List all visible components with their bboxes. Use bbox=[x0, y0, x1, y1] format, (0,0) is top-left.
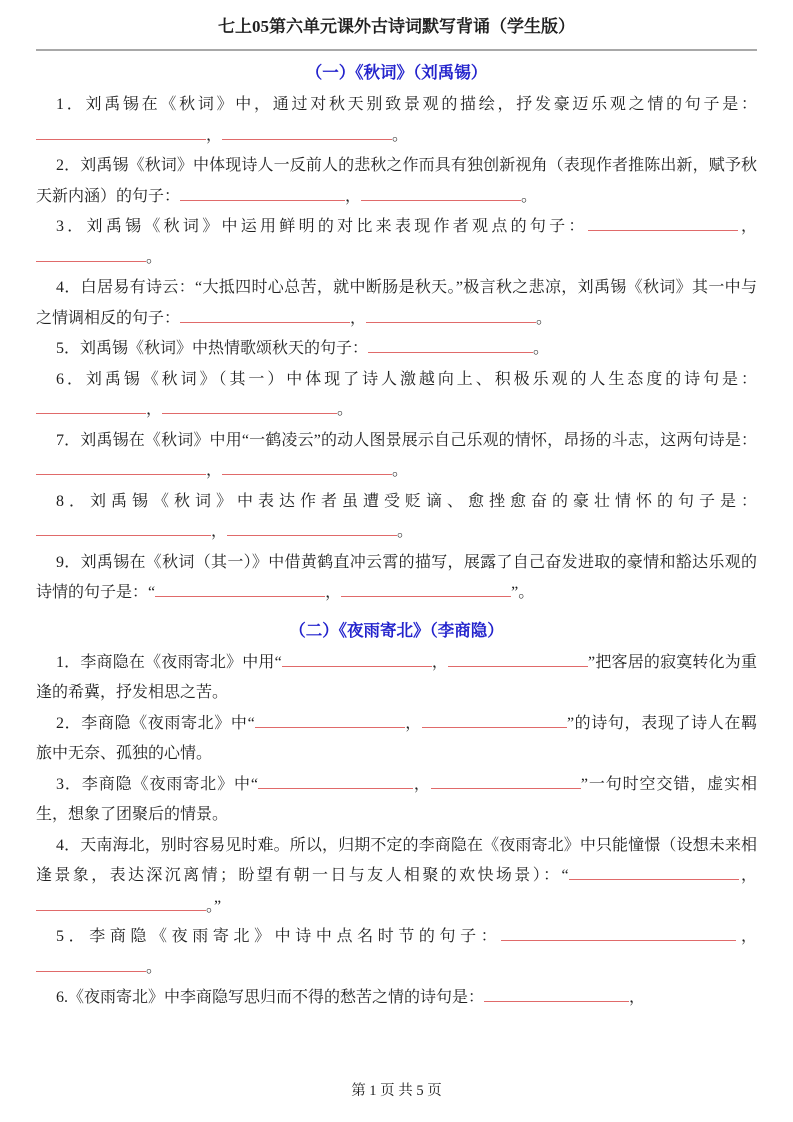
answer-blank bbox=[36, 895, 206, 911]
answer-blank bbox=[569, 864, 739, 880]
question-text: ， bbox=[206, 127, 222, 144]
question-text: ， bbox=[206, 462, 222, 479]
question-text: 7．刘禹锡在《秋词》中用“一鹤凌云”的动人图景展示自己乐观的情怀，昂扬的斗志，这… bbox=[56, 432, 757, 449]
answer-blank bbox=[227, 520, 397, 536]
question-text: ， bbox=[211, 523, 227, 540]
answer-blank bbox=[588, 215, 738, 231]
question-text: 。 bbox=[146, 959, 162, 976]
answer-blank bbox=[36, 398, 146, 414]
question-text: 5．李商隐《夜雨寄北》中诗中点名时节的句子： bbox=[56, 928, 501, 945]
answer-blank bbox=[180, 185, 345, 201]
answer-blank bbox=[361, 185, 521, 201]
answer-blank bbox=[258, 773, 413, 789]
question-text: 。 bbox=[533, 340, 549, 357]
answer-blank bbox=[431, 773, 581, 789]
answer-blank bbox=[36, 459, 206, 475]
answer-blank bbox=[162, 398, 337, 414]
question-text: ， bbox=[325, 584, 341, 601]
question-text: ， bbox=[405, 715, 422, 732]
question-item: 2．李商隐《夜雨寄北》中“，”的诗句，表现了诗人在羁旅中无奈、孤独的心情。 bbox=[36, 709, 757, 770]
question-item: 7．刘禹锡在《秋词》中用“一鹤凌云”的动人图景展示自己乐观的情怀，昂扬的斗志，这… bbox=[36, 426, 757, 487]
section-qiuci: （一）《秋词》（刘禹锡） 1．刘禹锡在《秋词》中，通过对秋天别致景观的描绘，抒发… bbox=[36, 58, 757, 609]
question-item: 1．刘禹锡在《秋词》中，通过对秋天别致景观的描绘，抒发豪迈乐观之情的句子是：，。 bbox=[36, 90, 757, 151]
section-heading-qiuci: （一）《秋词》（刘禹锡） bbox=[36, 58, 757, 88]
answer-blank bbox=[36, 246, 146, 262]
question-text: ， bbox=[350, 310, 366, 327]
answer-blank bbox=[448, 651, 588, 667]
question-text: ， bbox=[146, 401, 162, 418]
question-text: 。 bbox=[392, 462, 408, 479]
question-text: 。” bbox=[206, 898, 221, 915]
question-text: 6．刘禹锡《秋词》（其一）中体现了诗人激越向上、积极乐观的人生态度的诗句是： bbox=[56, 371, 757, 388]
answer-blank bbox=[341, 581, 511, 597]
question-text: 3．刘禹锡《秋词》中运用鲜明的对比来表现作者观点的句子： bbox=[56, 218, 588, 235]
question-text: 。 bbox=[392, 127, 408, 144]
question-list-yeyujibei: 1．李商隐在《夜雨寄北》中用“，”把客居的寂寞转化为重逢的希冀，抒发相思之苦。2… bbox=[36, 648, 757, 1014]
question-text: 5．刘禹锡《秋词》中热情歌颂秋天的句子： bbox=[56, 340, 368, 357]
question-item: 8．刘禹锡《秋词》中表达作者虽遭受贬谪、愈挫愈奋的豪壮情怀的句子是：，。 bbox=[36, 487, 757, 548]
question-text: ， bbox=[736, 928, 757, 945]
question-text: ， bbox=[739, 867, 757, 884]
question-item: 5．刘禹锡《秋词》中热情歌颂秋天的句子：。 bbox=[36, 334, 757, 365]
page-footer: 第 1 页 共 5 页 bbox=[0, 1079, 793, 1100]
document-page: 七上05第六单元课外古诗词默写背诵（学生版） （一）《秋词》（刘禹锡） 1．刘禹… bbox=[0, 0, 793, 1122]
section-heading-yeyujibei: （二）《夜雨寄北》（李商隐） bbox=[36, 616, 757, 646]
question-list-qiuci: 1．刘禹锡在《秋词》中，通过对秋天别致景观的描绘，抒发豪迈乐观之情的句子是：，。… bbox=[36, 90, 757, 609]
question-item: 6．刘禹锡《秋词》（其一）中体现了诗人激越向上、积极乐观的人生态度的诗句是：，。 bbox=[36, 365, 757, 426]
answer-blank bbox=[255, 712, 405, 728]
question-item: 5．李商隐《夜雨寄北》中诗中点名时节的句子：，。 bbox=[36, 922, 757, 983]
question-text: ， bbox=[345, 188, 361, 205]
question-item: 3．李商隐《夜雨寄北》中“，”一句时空交错，虚实相生，想象了团聚后的情景。 bbox=[36, 770, 757, 831]
question-text: ”。 bbox=[511, 584, 534, 601]
question-text: 。 bbox=[397, 523, 413, 540]
answer-blank bbox=[484, 986, 629, 1002]
question-text: ， bbox=[413, 776, 431, 793]
answer-blank bbox=[36, 520, 211, 536]
question-text: 。 bbox=[521, 188, 537, 205]
question-text: 。 bbox=[536, 310, 552, 327]
page-title: 七上05第六单元课外古诗词默写背诵（学生版） bbox=[36, 14, 757, 51]
answer-blank bbox=[155, 581, 325, 597]
question-item: 2．刘禹锡《秋词》中体现诗人一反前人的悲秋之作而具有独创新视角（表现作者推陈出新… bbox=[36, 151, 757, 212]
answer-blank bbox=[222, 459, 392, 475]
answer-blank bbox=[282, 651, 432, 667]
question-item: 6.《夜雨寄北》中李商隐写思归而不得的愁苦之情的诗句是：， bbox=[36, 983, 757, 1014]
question-text: 8．刘禹锡《秋词》中表达作者虽遭受贬谪、愈挫愈奋的豪壮情怀的句子是： bbox=[56, 493, 757, 510]
answer-blank bbox=[366, 307, 536, 323]
question-text: 6.《夜雨寄北》中李商隐写思归而不得的愁苦之情的诗句是： bbox=[56, 989, 484, 1006]
question-item: 1．李商隐在《夜雨寄北》中用“，”把客居的寂寞转化为重逢的希冀，抒发相思之苦。 bbox=[36, 648, 757, 709]
question-item: 3．刘禹锡《秋词》中运用鲜明的对比来表现作者观点的句子：，。 bbox=[36, 212, 757, 273]
question-text: 2．李商隐《夜雨寄北》中“ bbox=[56, 715, 255, 732]
question-text: 1．刘禹锡在《秋词》中，通过对秋天别致景观的描绘，抒发豪迈乐观之情的句子是： bbox=[56, 96, 757, 113]
question-text: 。 bbox=[146, 249, 162, 266]
question-text: ， bbox=[629, 989, 645, 1006]
answer-blank bbox=[222, 124, 392, 140]
question-text: ， bbox=[432, 654, 448, 671]
answer-blank bbox=[180, 307, 350, 323]
question-text: ， bbox=[738, 218, 757, 235]
answer-blank bbox=[501, 925, 736, 941]
question-text: 3．李商隐《夜雨寄北》中“ bbox=[56, 776, 258, 793]
answer-blank bbox=[368, 337, 533, 353]
answer-blank bbox=[422, 712, 567, 728]
question-text: 1．李商隐在《夜雨寄北》中用“ bbox=[56, 654, 282, 671]
question-item: 9．刘禹锡在《秋词（其一）》中借黄鹤直冲云霄的描写，展露了自己奋发进取的豪情和豁… bbox=[36, 548, 757, 609]
answer-blank bbox=[36, 956, 146, 972]
question-item: 4．白居易有诗云：“大抵四时心总苦，就中断肠是秋天。”极言秋之悲凉，刘禹锡《秋词… bbox=[36, 273, 757, 334]
section-yeyujibei: （二）《夜雨寄北》（李商隐） 1．李商隐在《夜雨寄北》中用“，”把客居的寂寞转化… bbox=[36, 616, 757, 1014]
question-item: 4．天南海北，别时容易见时难。所以，归期不定的李商隐在《夜雨寄北》中只能憧憬（设… bbox=[36, 831, 757, 923]
question-text: 。 bbox=[337, 401, 353, 418]
answer-blank bbox=[36, 124, 206, 140]
